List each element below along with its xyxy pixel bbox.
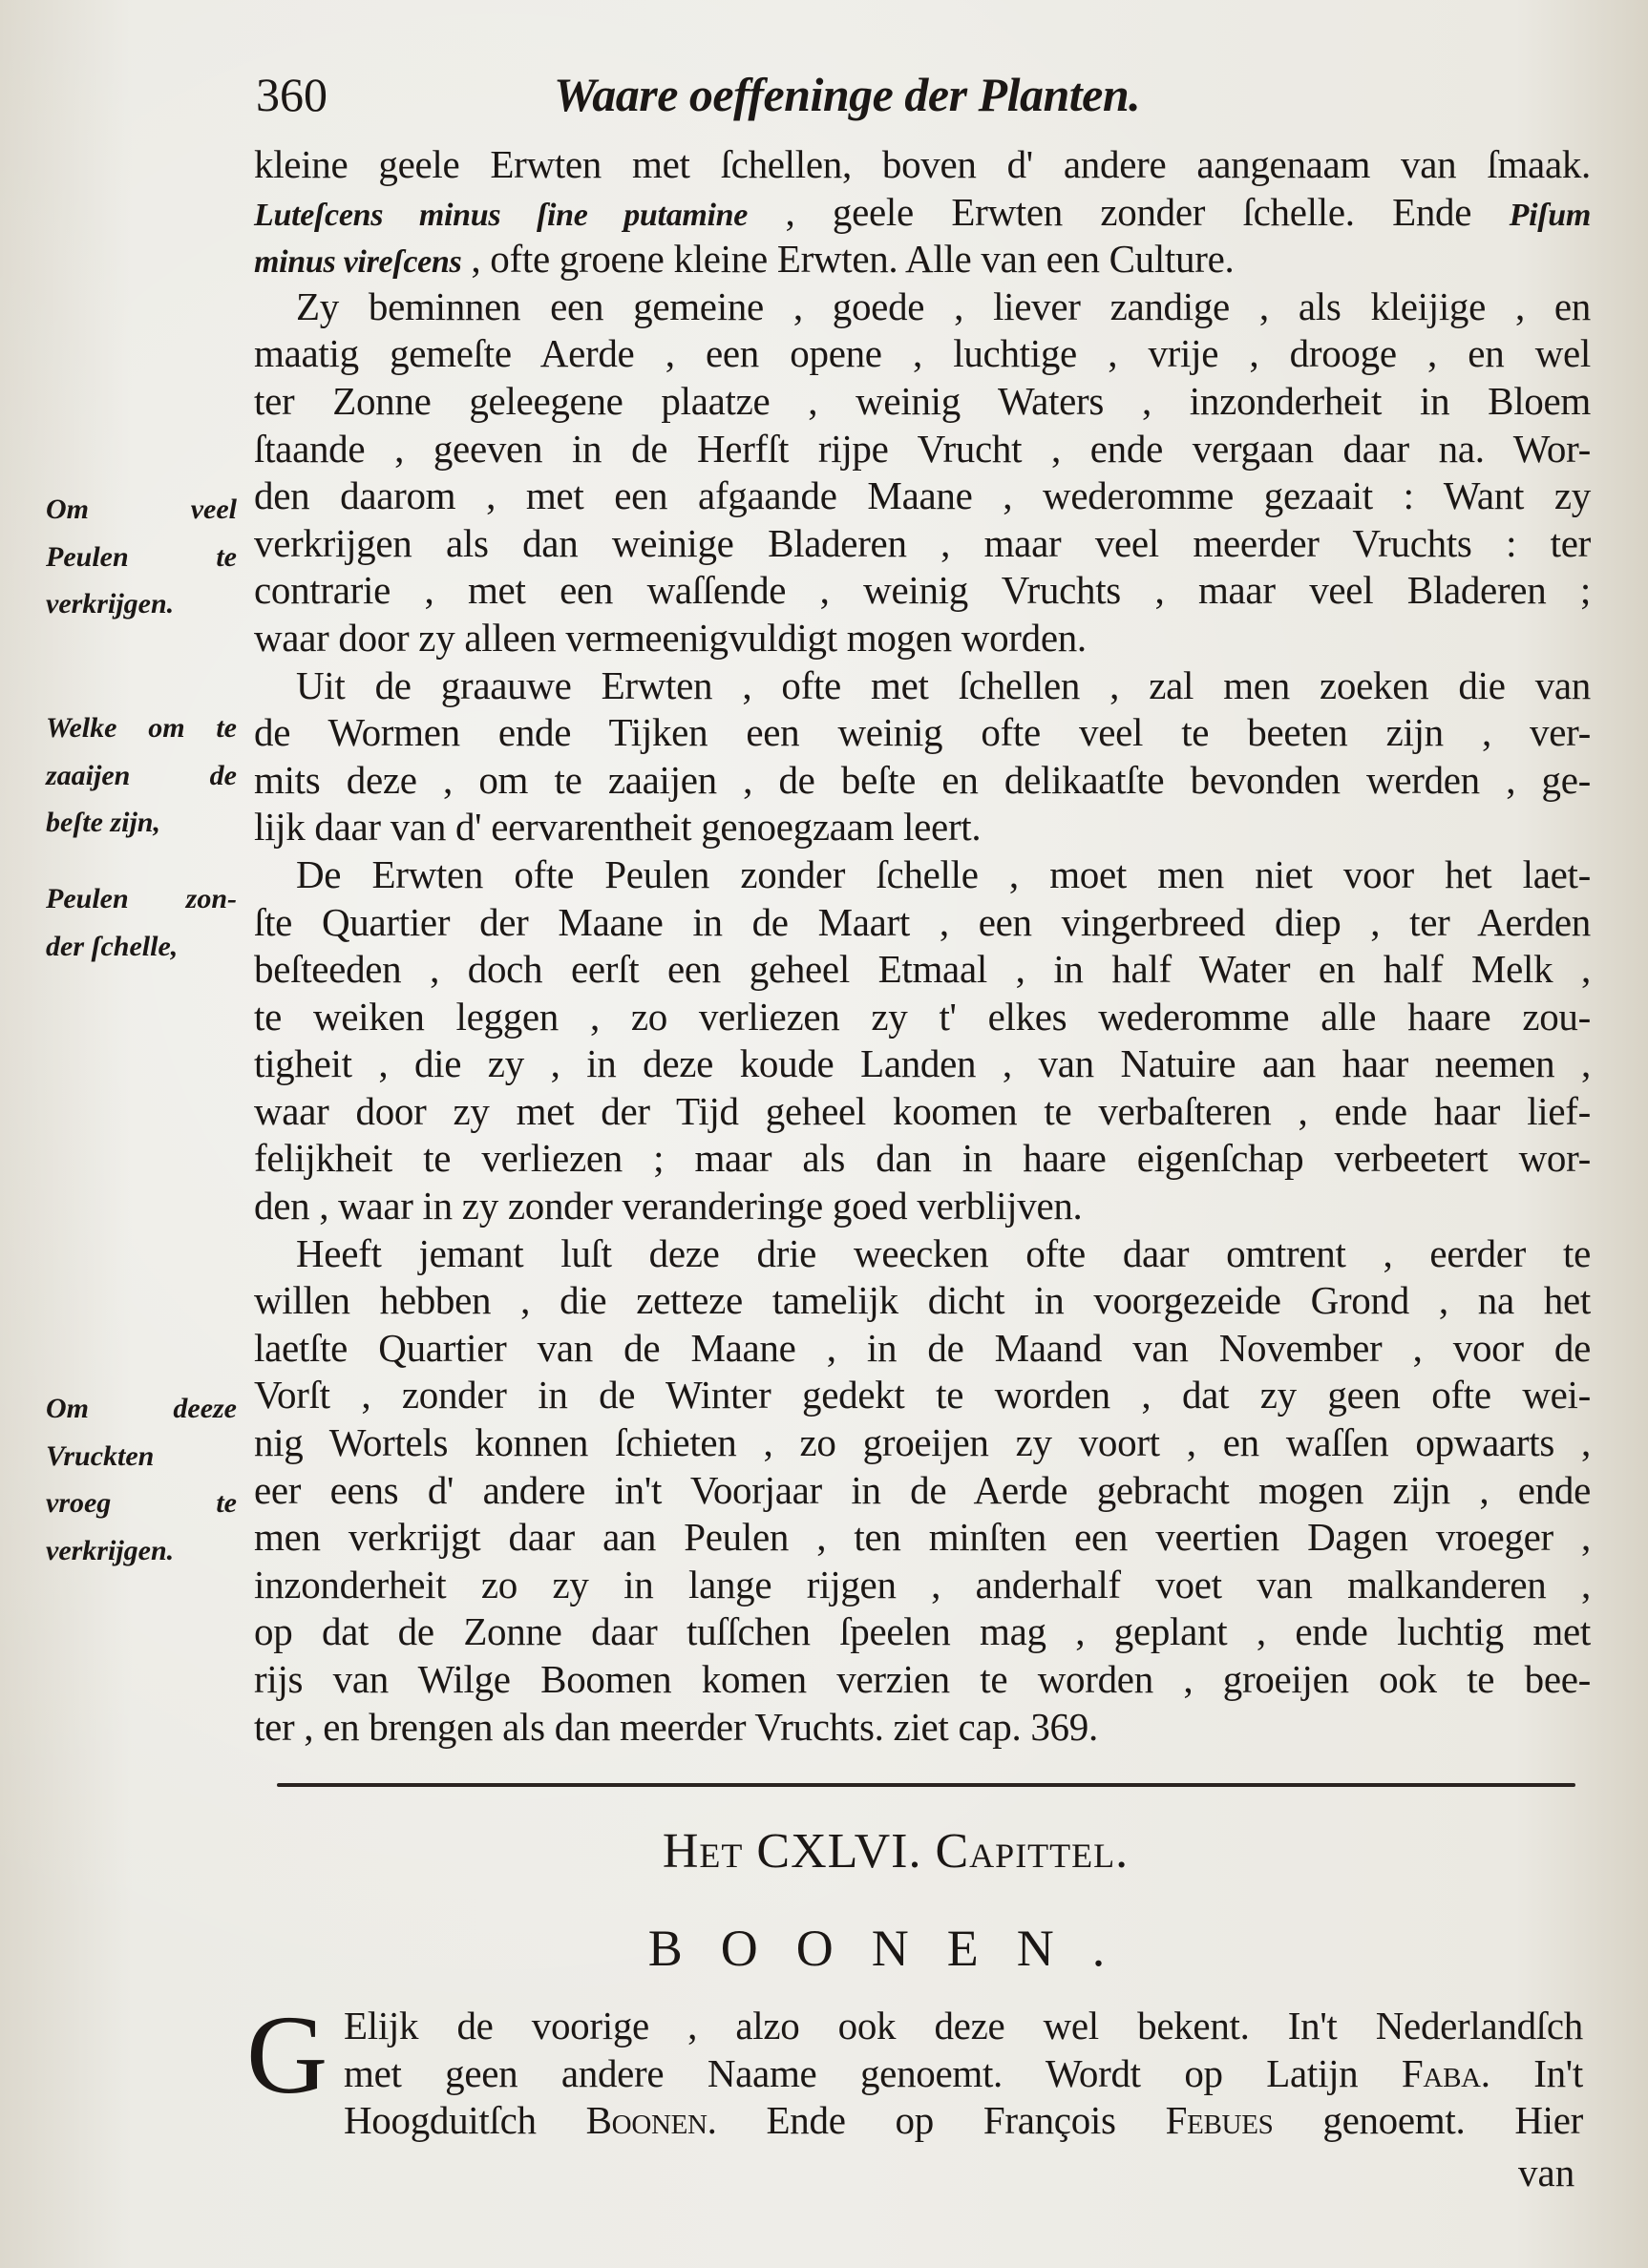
margin-note-line: Om deeze: [46, 1385, 237, 1433]
margin-note-line: verkrijgen.: [46, 580, 237, 628]
text-line: maatig gemeſte Aerde , een opene , lucht…: [254, 330, 1591, 378]
text-segment: men verkrijgt daar aan Peulen , ten minſ…: [254, 1515, 1591, 1559]
margin-note: Peulen zon-der ſchelle,: [46, 875, 237, 970]
text-line: Zy beminnen een gemeine , goede , liever…: [254, 283, 1591, 331]
latin-term: Luteſcens minus ſine putamine: [254, 198, 748, 233]
text-segment: Heeft jemant luſt deze drie weecken ofte…: [296, 1231, 1591, 1275]
text-line: Luteſcens minus ſine putamine , geele Er…: [254, 189, 1591, 237]
text-segment: Zy beminnen een gemeine , goede , liever…: [296, 284, 1591, 328]
text-segment: lijk daar van d' eervarentheit genoegzaa…: [254, 805, 981, 849]
text-line: inzonderheit zo zy in lange rijgen , and…: [254, 1562, 1591, 1609]
text-segment: willen hebben , die zetteze tamelijk dic…: [254, 1278, 1591, 1322]
text-segment: met geen andere Naame genoemt. Wordt op …: [344, 2051, 1402, 2095]
text-line: verkrijgen als dan weinige Bladeren , ma…: [254, 520, 1591, 568]
text-line: minus vireſcens , ofte groene kleine Erw…: [254, 236, 1591, 283]
text-segment: Elijk de voorige , alzo ook deze wel bek…: [344, 2004, 1583, 2047]
name-term: Febues: [1166, 2098, 1274, 2142]
margin-note-line: zaaijen de: [46, 752, 237, 800]
text-line: willen hebben , die zetteze tamelijk dic…: [254, 1277, 1591, 1325]
text-segment: inzonderheit zo zy in lange rijgen , and…: [254, 1563, 1591, 1606]
text-line: met geen andere Naame genoemt. Wordt op …: [344, 2050, 1583, 2098]
text-segment: De Erwten ofte Peulen zonder ſchelle , m…: [296, 852, 1591, 896]
chapter-subtitle: BOONEN.: [0, 1919, 1648, 1978]
text-line: op dat de Zonne daar tuſſchen ſpeelen ma…: [254, 1608, 1591, 1656]
text-line: Uit de graauwe Erwten , ofte met ſchelle…: [254, 662, 1591, 710]
text-line: ter Zonne geleegene plaatze , weinig Wat…: [254, 378, 1591, 426]
text-line: tigheit , die zy , in deze koude Landen …: [254, 1040, 1591, 1088]
text-line: lijk daar van d' eervarentheit genoegzaa…: [254, 804, 1591, 851]
text-segment: verkrijgen als dan weinige Bladeren , ma…: [254, 521, 1591, 565]
book-page: 360 Waare oeffeninge der Planten. kleine…: [0, 0, 1648, 2268]
text-segment: . In't: [1481, 2051, 1583, 2095]
text-segment: de Wormen ende Tijken een weinig ofte ve…: [254, 710, 1591, 754]
text-line: rijs van Wilge Boomen komen verzien te w…: [254, 1656, 1591, 1704]
text-line: nig Wortels konnen ſchieten , zo groeije…: [254, 1419, 1591, 1467]
text-segment: Uit de graauwe Erwten , ofte met ſchelle…: [296, 663, 1591, 707]
text-line: felijkheit te verliezen ; maar als dan i…: [254, 1135, 1591, 1183]
text-line: den daarom , met een afgaande Maane , we…: [254, 472, 1591, 520]
margin-note-line: verkrijgen.: [46, 1527, 237, 1575]
text-line: contrarie , met een waſſende , weinig Vr…: [254, 567, 1591, 615]
text-segment: den , waar in zy zonder veranderinge goe…: [254, 1184, 1083, 1228]
text-line: waar door zy met der Tijd geheel koomen …: [254, 1088, 1591, 1136]
margin-note-line: der ſchelle,: [46, 923, 237, 971]
margin-note-line: Om veel: [46, 486, 237, 534]
text-segment: rijs van Wilge Boomen komen verzien te w…: [254, 1657, 1591, 1701]
text-line: de Wormen ende Tijken een weinig ofte ve…: [254, 709, 1591, 757]
margin-note-line: Welke om te: [46, 704, 237, 752]
text-segment: beſteeden , doch eerſt een geheel Etmaal…: [254, 947, 1591, 991]
text-line: Vorſt , zonder in de Winter gedekt te wo…: [254, 1372, 1591, 1419]
name-term: Boonen: [586, 2098, 708, 2142]
text-segment: genoemt. Hier: [1273, 2098, 1583, 2142]
text-line: eer eens d' andere in't Voorjaar in de A…: [254, 1467, 1591, 1515]
latin-term: Piſum: [1510, 198, 1591, 233]
text-line: waar door zy alleen vermeenigvuldigt mog…: [254, 615, 1591, 662]
text-line: ter , en brengen als dan meerder Vruchts…: [254, 1704, 1591, 1752]
text-line: Elijk de voorige , alzo ook deze wel bek…: [344, 2003, 1583, 2050]
text-segment: nig Wortels konnen ſchieten , zo groeije…: [254, 1420, 1591, 1464]
text-line: laetſte Quartier van de Maane , in de Ma…: [254, 1325, 1591, 1373]
margin-note-line: vroeg te: [46, 1480, 237, 1527]
text-line: mits deze , om te zaaijen , de beſte en …: [254, 757, 1591, 805]
text-segment: Vorſt , zonder in de Winter gedekt te wo…: [254, 1373, 1591, 1417]
text-segment: Hoogduitſch: [344, 2098, 586, 2142]
text-segment: mits deze , om te zaaijen , de beſte en …: [254, 758, 1591, 802]
latin-term: minus vireſcens: [254, 244, 461, 280]
text-segment: den daarom , met een afgaande Maane , we…: [254, 473, 1591, 517]
text-segment: kleine geele Erwten met ſchellen, boven …: [254, 142, 1591, 186]
text-segment: tigheit , die zy , in deze koude Landen …: [254, 1041, 1591, 1085]
text-segment: ter Zonne geleegene plaatze , weinig Wat…: [254, 379, 1591, 423]
text-segment: . Ende op François: [708, 2098, 1166, 2142]
text-line: Heeft jemant luſt deze drie weecken ofte…: [254, 1230, 1591, 1278]
text-segment: op dat de Zonne daar tuſſchen ſpeelen ma…: [254, 1609, 1591, 1653]
page-number: 360: [256, 67, 327, 122]
text-line: Hoogduitſch Boonen. Ende op François Feb…: [344, 2097, 1583, 2145]
text-segment: waar door zy alleen vermeenigvuldigt mog…: [254, 616, 1087, 660]
margin-note-line: beſte zijn,: [46, 799, 237, 847]
margin-note-line: Vruckten: [46, 1433, 237, 1480]
text-segment: te weiken leggen , zo verliezen zy t' el…: [254, 995, 1591, 1039]
text-line: beſteeden , doch eerſt een geheel Etmaal…: [254, 946, 1591, 994]
text-line: De Erwten ofte Peulen zonder ſchelle , m…: [254, 851, 1591, 899]
chapter-title: Het CXLVI. Capittel.: [0, 1823, 1648, 1879]
text-line: te weiken leggen , zo verliezen zy t' el…: [254, 994, 1591, 1041]
text-segment: , ofte groene kleine Erwten. Alle van ee…: [461, 237, 1234, 281]
running-title: Waare oeffeninge der Planten.: [554, 67, 1140, 122]
text-line: ſte Quartier der Maane in de Maart , een…: [254, 899, 1591, 947]
text-line: ſtaande , geeven in de Herfſt rijpe Vruc…: [254, 426, 1591, 473]
drop-cap: G: [246, 1999, 327, 2111]
text-segment: laetſte Quartier van de Maane , in de Ma…: [254, 1326, 1591, 1370]
text-segment: ter , en brengen als dan meerder Vruchts…: [254, 1705, 1098, 1749]
text-segment: maatig gemeſte Aerde , een opene , lucht…: [254, 331, 1591, 375]
name-term: Faba: [1402, 2051, 1481, 2095]
margin-note: Om deezeVrucktenvroeg teverkrijgen.: [46, 1385, 237, 1574]
text-segment: waar door zy met der Tijd geheel koomen …: [254, 1089, 1591, 1133]
chapter-body-text: Elijk de voorige , alzo ook deze wel bek…: [344, 2003, 1583, 2145]
margin-note-line: Peulen zon-: [46, 875, 237, 923]
page-header: 360 Waare oeffeninge der Planten.: [256, 67, 1593, 134]
margin-note: Om veelPeulen teverkrijgen.: [46, 486, 237, 628]
horizontal-rule: [277, 1783, 1575, 1787]
margin-note-line: Peulen te: [46, 534, 237, 581]
body-text: kleine geele Erwten met ſchellen, boven …: [254, 141, 1591, 1751]
text-segment: ſtaande , geeven in de Herfſt rijpe Vruc…: [254, 427, 1591, 471]
text-line: den , waar in zy zonder veranderinge goe…: [254, 1183, 1591, 1230]
text-line: men verkrijgt daar aan Peulen , ten minſ…: [254, 1514, 1591, 1562]
margin-note: Welke om tezaaijen debeſte zijn,: [46, 704, 237, 847]
text-segment: contrarie , met een waſſende , weinig Vr…: [254, 568, 1591, 612]
text-line: kleine geele Erwten met ſchellen, boven …: [254, 141, 1591, 189]
text-segment: eer eens d' andere in't Voorjaar in de A…: [254, 1468, 1591, 1512]
catchword: van: [1518, 2150, 1574, 2195]
text-segment: , geele Erwten zonder ſchelle. Ende: [748, 190, 1510, 234]
text-segment: felijkheit te verliezen ; maar als dan i…: [254, 1136, 1591, 1180]
text-segment: ſte Quartier der Maane in de Maart , een…: [254, 900, 1591, 944]
